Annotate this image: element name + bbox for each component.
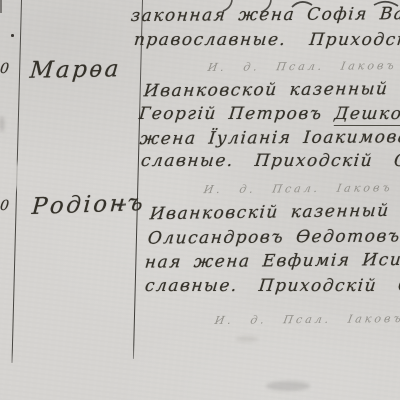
column-rule-left [11, 0, 22, 363]
record-number: 0 [0, 61, 10, 77]
pencil-note: И. д. Псал. Іаковъ Б. [203, 181, 400, 196]
paper-smudge [0, 116, 4, 132]
register-line: ная жена Евфимія Исидоров [144, 249, 400, 272]
pencil-note: И. д. Псал. Іаковъ [214, 312, 400, 327]
register-line: славные. Приходскій Св [140, 151, 400, 171]
scanned-register-page: 0 0 Марѳа Родіонъ законная жена Софія Ва… [0, 0, 400, 400]
register-line: Олисандровъ Ѳедотовъ Рудько и [147, 225, 400, 248]
line-segment: Георгій Петровъ [138, 104, 336, 124]
register-line: Иванковской казенный кр [143, 79, 400, 101]
register-line: жена Їуліанія Іоакимова оба [139, 127, 400, 149]
register-line: славные. Приходскій Свя [144, 276, 400, 296]
column-rule-middle [133, 0, 143, 359]
underlined-surname: Дешко [333, 104, 400, 126]
pencil-note: И. д. Псал. Іаковъ [207, 59, 398, 74]
register-line: Иванковскій казенный крест [149, 200, 400, 224]
paper-smudge [266, 381, 310, 391]
edge-mark [0, 0, 2, 13]
register-line: православные. Приходскі [133, 30, 400, 50]
record-number: 0 [0, 198, 10, 214]
ink-dot [11, 34, 14, 37]
paper-smudge [236, 336, 258, 342]
register-line: Георгій Петровъ Дешко и его з [138, 104, 400, 124]
record-name-marfa: Марѳа [29, 56, 122, 84]
record-name-rodion: Родіонъ [31, 190, 146, 220]
register-line: законная жена Софія Васи [130, 4, 400, 26]
